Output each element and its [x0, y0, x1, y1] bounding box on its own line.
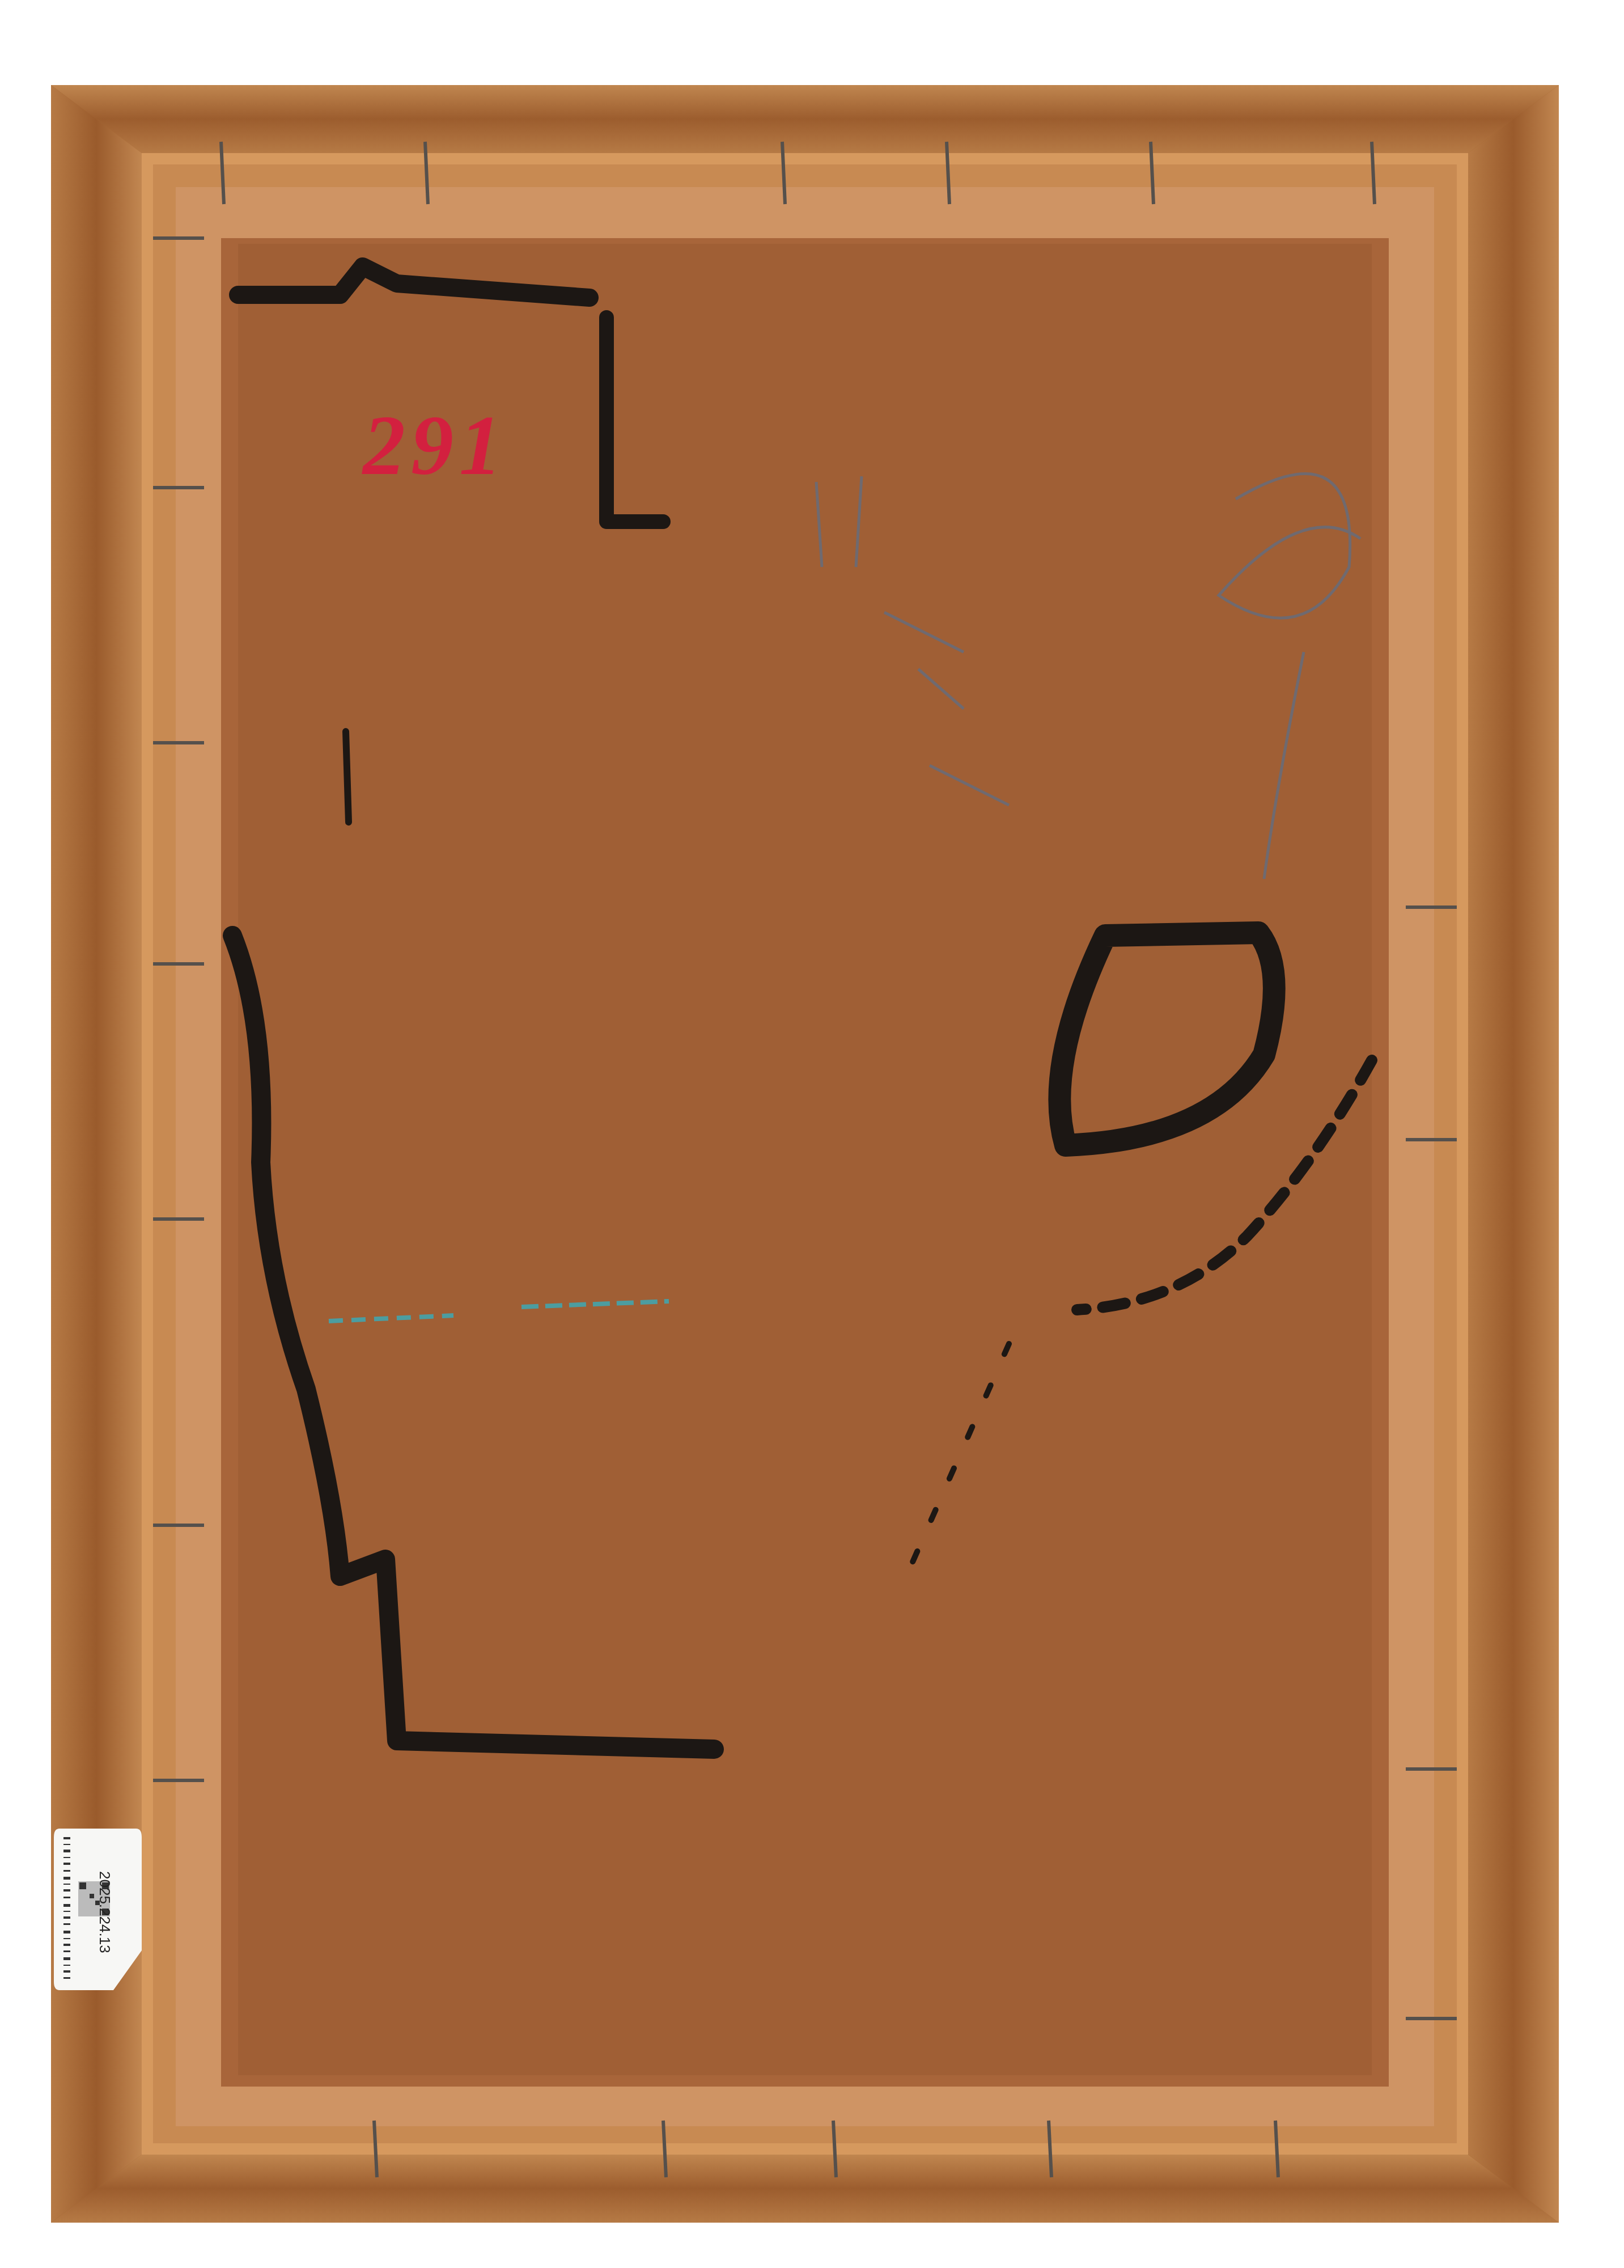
accession-number: 2025.224.13: [96, 1871, 113, 1996]
frame-back-illustration: [0, 0, 1624, 2268]
red-inventory-number: 291: [363, 397, 507, 494]
photo-stage: 291 2025.224.13: [0, 0, 1624, 2268]
